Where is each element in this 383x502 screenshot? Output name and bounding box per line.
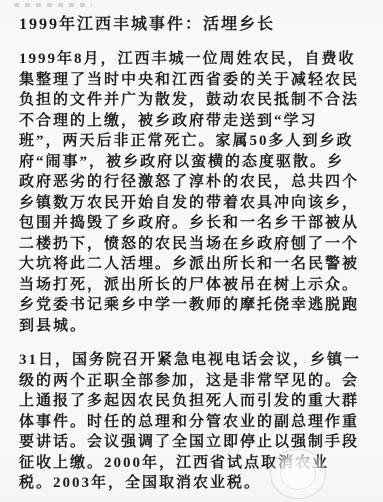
- paragraph-incident-account: 1999年8月，江西丰城一位周姓农民，自费收 集整理了当时中央和江西省委的关于减…: [19, 49, 371, 336]
- cropped-text-remnant: [14, 3, 92, 7]
- document-title: 1999年江西丰城事件：活埋乡长: [19, 11, 275, 34]
- paragraph-government-response: 31日，国务院召开紧急电视电话会议，乡镇一 级的两个正职全部参加，这是非常罕见的…: [19, 350, 371, 494]
- scanned-text-document: 1999年江西丰城事件：活埋乡长 1999年8月，江西丰城一位周姓农民，自费收 …: [0, 0, 383, 502]
